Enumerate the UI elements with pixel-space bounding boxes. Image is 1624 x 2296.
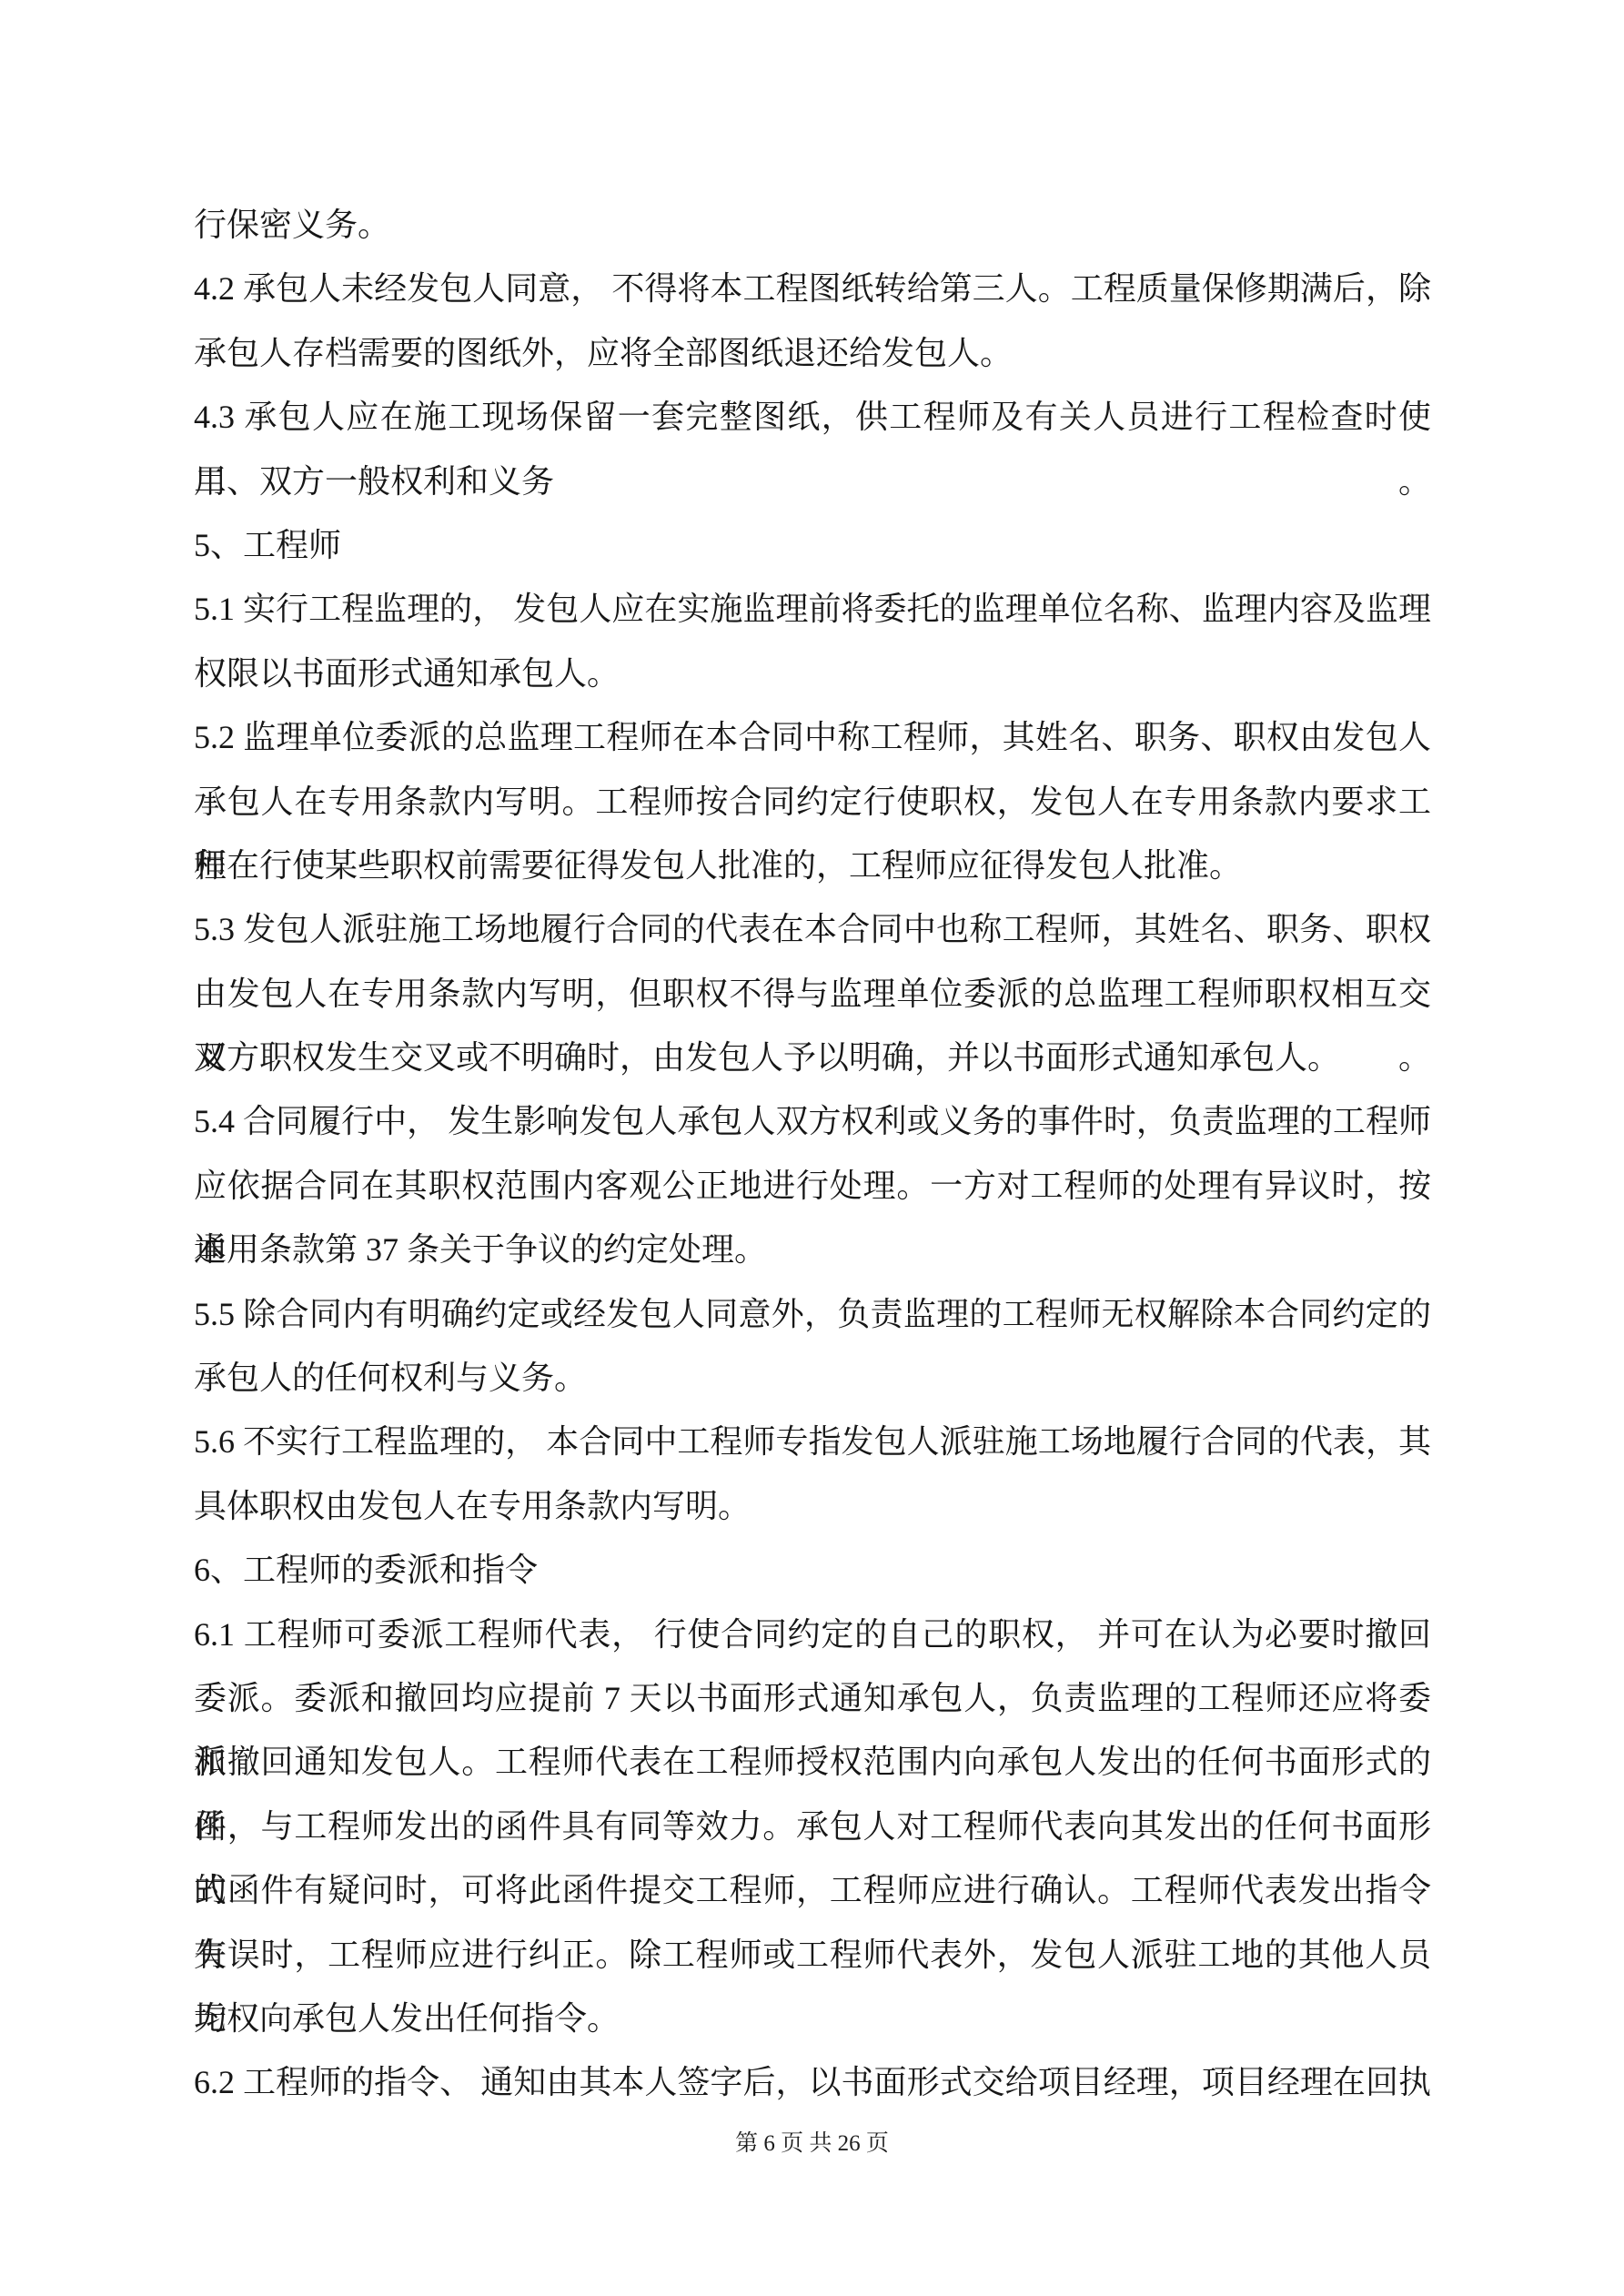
- text-line: 委派。委派和撤回均应提前 7 天以书面形式通知承包人，负责监理的工程师还应将委派: [194, 1666, 1431, 1730]
- text-line: 承包人在专用条款内写明。工程师按合同约定行使职权，发包人在专用条款内要求工程: [194, 770, 1431, 834]
- text-line: 应依据合同在其职权范围内客观公正地进行处理。一方对工程师的处理有异议时，按本: [194, 1154, 1431, 1218]
- text-line: 5.3 发包人派驻施工场地履行合同的代表在本合同中也称工程师，其姓名、职务、职权: [194, 897, 1431, 961]
- text-line: 双方职权发生交叉或不明确时，由发包人予以明确，并以书面形式通知承包人。: [194, 1026, 1431, 1089]
- text-line: 6.2 工程师的指令、 通知由其本人签字后，以书面形式交给项目经理，项目经理在回…: [194, 2050, 1431, 2114]
- text-line: 无权向承包人发出任何指令。: [194, 1987, 1431, 2050]
- text-line: 件，与工程师发出的函件具有同等效力。承包人对工程师代表向其发出的任何书面形式: [194, 1795, 1431, 1858]
- page-number: 第 6 页 共 26 页: [735, 2131, 889, 2156]
- document-page: 行保密义务。 4.2 承包人未经发包人同意， 不得将本工程图纸转给第三人。工程质…: [0, 0, 1624, 2296]
- text-line: 承包人的任何权利与义务。: [194, 1346, 1431, 1410]
- text-line: 由发包人在专用条款内写明，但职权不得与监理单位委派的总监理工程师职权相互交叉。: [194, 962, 1431, 1026]
- text-line: 5.2 监理单位委派的总监理工程师在本合同中称工程师，其姓名、职务、职权由发包人: [194, 705, 1431, 769]
- text-line: 5.4 合同履行中， 发生影响发包人承包人双方权利或义务的事件时，负责监理的工程…: [194, 1089, 1431, 1153]
- text-line: 师在行使某些职权前需要征得发包人批准的，工程师应征得发包人批准。: [194, 834, 1431, 897]
- text-line: 权限以书面形式通知承包人。: [194, 642, 1431, 705]
- text-line: 6.1 工程师可委派工程师代表， 行使合同约定的自己的职权， 并可在认为必要时撤…: [194, 1603, 1431, 1666]
- document-body: 行保密义务。 4.2 承包人未经发包人同意， 不得将本工程图纸转给第三人。工程质…: [194, 193, 1431, 2115]
- text-line: 4.2 承包人未经发包人同意， 不得将本工程图纸转给第三人。工程质量保修期满后，…: [194, 257, 1431, 320]
- text-line: 具体职权由发包人在专用条款内写明。: [194, 1474, 1431, 1538]
- text-line: 失误时，工程师应进行纠正。除工程师或工程师代表外，发包人派驻工地的其他人员均: [194, 1923, 1431, 1987]
- text-line: 5.1 实行工程监理的， 发包人应在实施监理前将委托的监理单位名称、监理内容及监…: [194, 577, 1431, 641]
- text-line: 5、工程师: [194, 513, 1431, 577]
- text-line: 5.5 除合同内有明确约定或经发包人同意外，负责监理的工程师无权解除本合同约定的: [194, 1282, 1431, 1346]
- text-line: 的函件有疑问时，可将此函件提交工程师，工程师应进行确认。工程师代表发出指令有: [194, 1858, 1431, 1922]
- text-line: 行保密义务。: [194, 193, 1431, 257]
- text-line: 4.3 承包人应在施工现场保留一套完整图纸，供工程师及有关人员进行工程检查时使用…: [194, 385, 1431, 449]
- page-footer: 第 6 页 共 26 页: [0, 2119, 1624, 2169]
- text-line: 通用条款第 37 条关于争议的约定处理。: [194, 1218, 1431, 1281]
- text-line: 承包人存档需要的图纸外，应将全部图纸退还给发包人。: [194, 321, 1431, 385]
- text-line: 和撤回通知发包人。工程师代表在工程师授权范围内向承包人发出的任何书面形式的函: [194, 1730, 1431, 1794]
- text-line: 6、工程师的委派和指令: [194, 1538, 1431, 1602]
- text-line: 5.6 不实行工程监理的， 本合同中工程师专指发包人派驻施工场地履行合同的代表，…: [194, 1410, 1431, 1473]
